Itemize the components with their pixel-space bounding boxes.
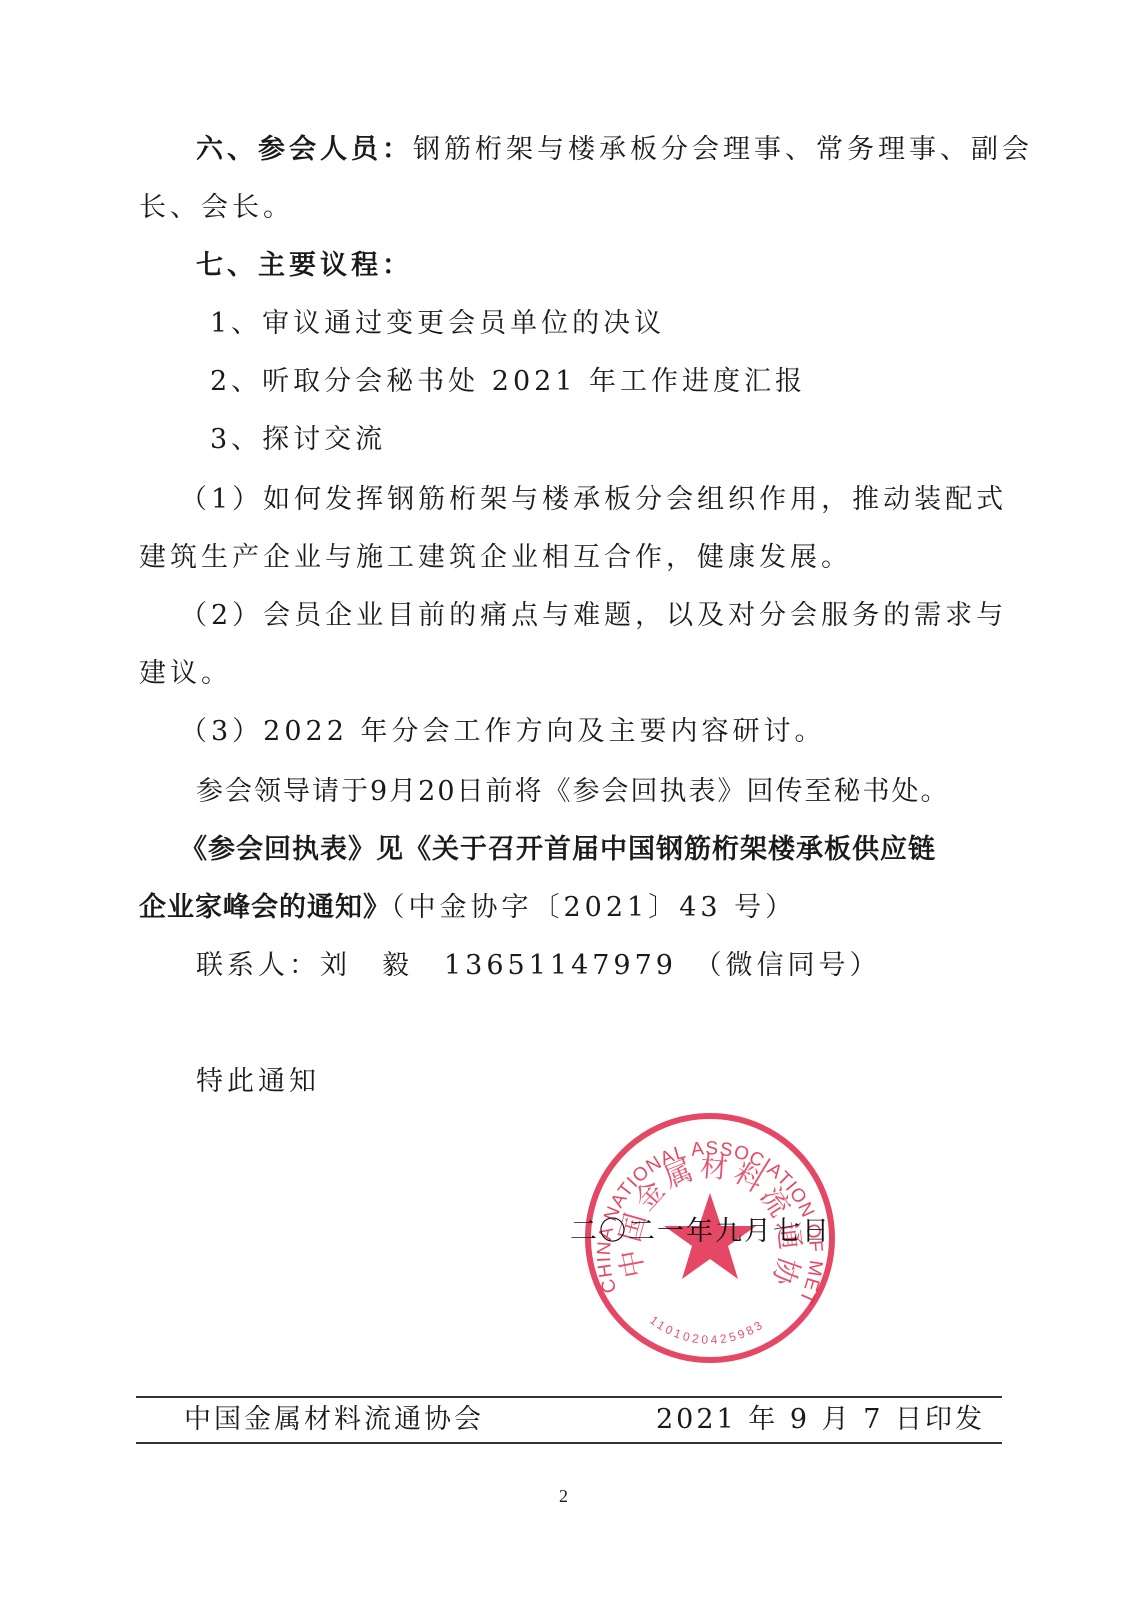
svg-text:1101020425983: 1101020425983 — [647, 1313, 767, 1347]
section7-heading: 七、主要议程： — [196, 252, 413, 279]
page-number: 2 — [559, 1486, 568, 1507]
contact-note: （微信同号） — [708, 950, 881, 981]
reply-notice: 参会领导请于9月20日前将《参会回执表》回传至秘书处。 — [196, 778, 950, 805]
agenda-item-3: 3、探讨交流 — [210, 426, 386, 453]
section6-line1: 六、参会人员：钢筋桁架与楼承板分会理事、常务理事、副会 — [196, 136, 1033, 163]
reference-line2: 企业家峰会的通知》（中金协字〔2021〕43 号） — [139, 894, 796, 921]
section6-line2: 长、会长。 — [139, 194, 294, 221]
sub-item-1-line1: （1）如何发挥钢筋桁架与楼承板分会组织作用，推动装配式 — [180, 486, 1007, 513]
contact-name: 刘 毅 — [320, 950, 413, 981]
agenda-item-2: 2、听取分会秘书处 2021 年工作进度汇报 — [210, 368, 806, 395]
reference-line1: 《参会回执表》见《关于召开首届中国钢筋桁架楼承板供应链 — [180, 836, 936, 863]
sub-item-2-line2: 建议。 — [139, 660, 232, 687]
sub-item-3: （3）2022 年分会工作方向及主要内容研讨。 — [180, 718, 825, 745]
closing-text: 特此通知 — [196, 1068, 320, 1095]
contact-phone: 13651147979 — [444, 950, 677, 981]
section6-heading: 六、参会人员： — [196, 134, 413, 165]
signature-date: 二〇二一年九月七日 — [570, 1218, 831, 1245]
contact-line: 联系人：刘 毅 13651147979 （微信同号） — [196, 952, 880, 979]
footer-issue-date: 2021 年 9 月 7 日印发 — [656, 1406, 985, 1433]
footer-top-rule — [136, 1396, 1002, 1398]
sub-item-2-line1: （2）会员企业目前的痛点与难题，以及对分会服务的需求与 — [180, 602, 1007, 629]
footer-issuer: 中国金属材料流通协会 — [184, 1406, 484, 1433]
section6-text: 钢筋桁架与楼承板分会理事、常务理事、副会 — [413, 134, 1033, 165]
agenda-item-1: 1、审议通过变更会员单位的决议 — [210, 310, 665, 337]
contact-label: 联系人： — [196, 950, 320, 981]
reference-title-end: 企业家峰会的通知》 — [139, 892, 391, 923]
document-number: （中金协字〔2021〕43 号） — [391, 892, 796, 923]
sub-item-1-line2: 建筑生产企业与施工建筑企业相互合作，健康发展。 — [139, 544, 852, 571]
footer-bottom-rule — [136, 1442, 1002, 1444]
